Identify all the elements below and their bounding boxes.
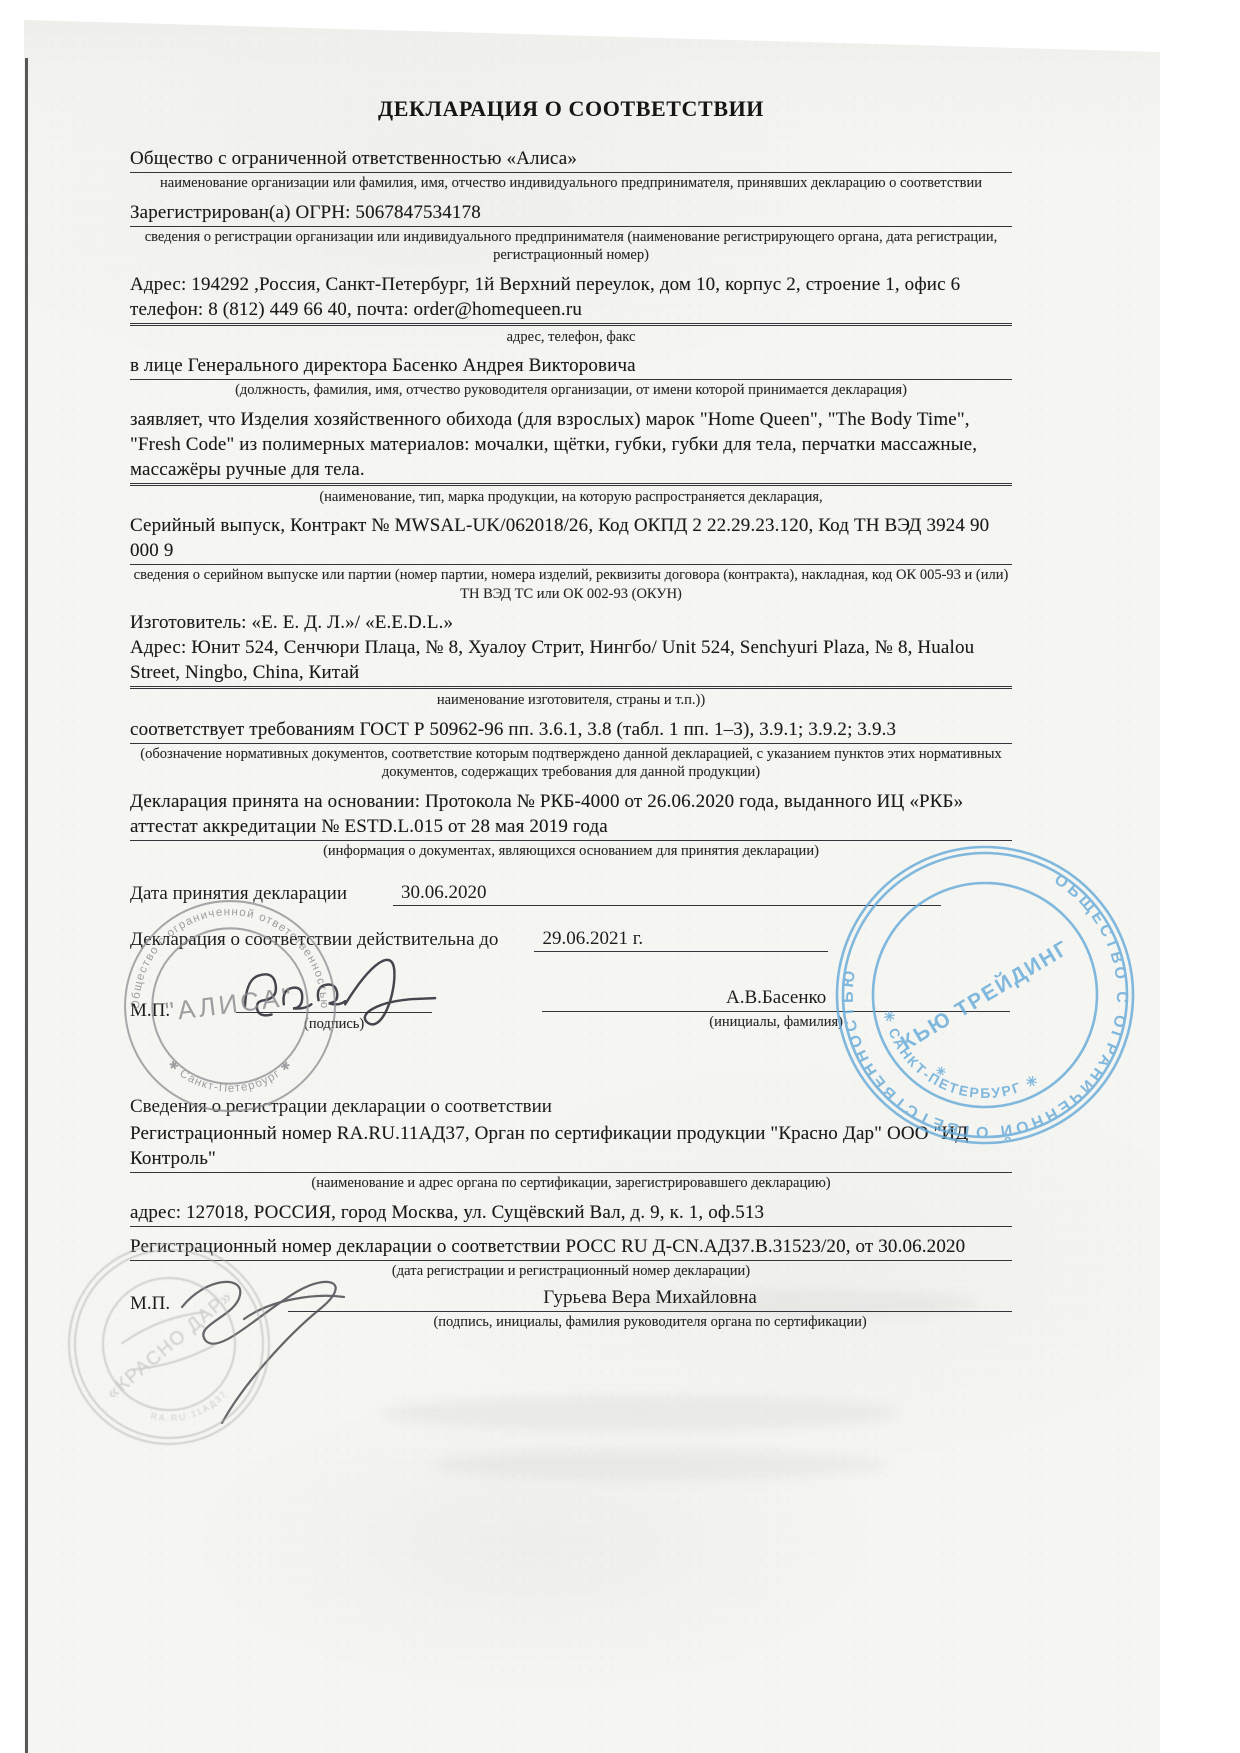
contacts-phone-line: телефон: 8 (812) 449 66 40, почта: order… xyxy=(130,297,1012,324)
compliance-value: соответствует требованиям ГОСТ Р 50962-9… xyxy=(130,717,1012,744)
certifier-name-caption: (подпись, инициалы, фамилия руководителя… xyxy=(288,1313,1012,1332)
scan-noise xyxy=(380,1395,900,1431)
scanned-declaration-page: ДЕКЛАРАЦИЯ О СООТВЕТСТВИИ Общество с огр… xyxy=(0,0,1240,1753)
products-value: заявляет, что Изделия хозяйственного оби… xyxy=(130,407,1012,484)
certifier-name: Гурьева Вера Михайловна xyxy=(288,1287,1012,1312)
svg-text:✱ Санкт-Петербург ✱: ✱ Санкт-Петербург ✱ xyxy=(165,1058,294,1095)
field-representative: в лице Генерального директора Басенко Ан… xyxy=(130,353,1012,400)
declarant-signature-row: М.П. (подпись) А.В.Басенко (инициалы, фа… xyxy=(130,986,1012,1060)
field-cert-org-address: адрес: 127018, РОССИЯ, город Москва, ул.… xyxy=(130,1200,1012,1227)
alisa-stamp-ring-bottom-text: ✱ Санкт-Петербург ✱ xyxy=(165,1058,294,1095)
manufacturer-caption: наименование изготовителя, страны и т.п.… xyxy=(130,688,1012,710)
document-body: ДЕКЛАРАЦИЯ О СООТВЕТСТВИИ Общество с огр… xyxy=(130,96,1012,1357)
scan-noise xyxy=(430,1450,890,1480)
compliance-caption: (обозначение нормативных документов, соо… xyxy=(130,745,1012,782)
declarant-name: А.В.Басенко xyxy=(542,987,1010,1012)
declarant-name-caption: (инициалы, фамилия) xyxy=(542,1013,1010,1032)
field-reg-decl-number: Регистрационный номер декларации о соотв… xyxy=(130,1234,1012,1281)
reg-number-value: Регистрационный номер RA.RU.11АД37, Орга… xyxy=(130,1121,1012,1173)
products-caption: (наименование, тип, марка продукции, на … xyxy=(130,485,1012,507)
validity-date-row: Декларация о соответствии действительна … xyxy=(130,926,1012,952)
registration-info-header: Сведения о регистрации декларации о соот… xyxy=(130,1094,1012,1119)
cert-org-address-value: адрес: 127018, РОССИЯ, город Москва, ул.… xyxy=(130,1200,1012,1227)
serial-caption: сведения о серийном выпуске или партии (… xyxy=(130,566,1012,603)
manufacturer-address: Адрес: Юнит 524, Сенчюри Плаца, № 8, Хуа… xyxy=(130,635,1012,687)
mp-label-2: М.П. xyxy=(130,1293,170,1315)
registration-caption: сведения о регистрации организации или и… xyxy=(130,228,1012,265)
field-manufacturer: Изготовитель: «Е. Е. Д. Л.»/ «E.E.D.L.» … xyxy=(130,610,1012,710)
declarant-value: Общество с ограниченной ответственностью… xyxy=(130,146,1012,173)
declarant-name-block: А.В.Басенко (инициалы, фамилия) xyxy=(542,987,1010,1032)
contacts-caption: адрес, телефон, факс xyxy=(130,325,1012,347)
basis-caption: (информация о документах, являющихся осн… xyxy=(130,842,1012,861)
alisa-stamp-ring-top-text: Общество с ограниченной ответственностью xyxy=(129,905,331,1009)
field-declarant: Общество с ограниченной ответственностью… xyxy=(130,146,1012,193)
adoption-date-row: Дата принятия декларации 30.06.2020 xyxy=(130,880,1012,906)
field-serial: Серийный выпуск, Контракт № MWSAL-UK/062… xyxy=(130,513,1012,603)
field-reg-number: Регистрационный номер RA.RU.11АД37, Орга… xyxy=(130,1121,1012,1193)
validity-date-value: 29.06.2021 г. xyxy=(534,926,828,952)
contacts-address-line: Адрес: 194292 ,Россия, Санкт-Петербург, … xyxy=(130,272,1012,297)
reg-number-caption: (наименование и адрес органа по сертифик… xyxy=(130,1174,1012,1193)
certifier-signature-row: М.П. Гурьева Вера Михайловна (подпись, и… xyxy=(130,1287,1012,1357)
serial-value: Серийный выпуск, Контракт № MWSAL-UK/062… xyxy=(130,513,1012,565)
field-registration: Зарегистрирован(а) ОГРН: 5067847534178 с… xyxy=(130,200,1012,265)
basis-value: Декларация принята на основании: Протоко… xyxy=(130,789,1012,841)
adoption-date-value: 30.06.2020 xyxy=(393,880,941,906)
registration-value: Зарегистрирован(а) ОГРН: 5067847534178 xyxy=(130,200,1012,227)
declarant-signature-line: (подпись) xyxy=(236,1012,432,1034)
reg-decl-number-caption: (дата регистрации и регистрационный номе… xyxy=(130,1262,1012,1281)
field-compliance: соответствует требованиям ГОСТ Р 50962-9… xyxy=(130,717,1012,782)
adoption-date-label: Дата принятия декларации xyxy=(130,881,347,906)
reg-decl-number-value: Регистрационный номер декларации о соотв… xyxy=(130,1234,1012,1261)
svg-text:Общество с ограниченной ответс: Общество с ограниченной ответственностью xyxy=(129,905,331,1009)
document-title: ДЕКЛАРАЦИЯ О СООТВЕТСТВИИ xyxy=(130,96,1012,122)
declarant-caption: наименование организации или фамилия, им… xyxy=(130,174,1012,193)
signature-caption: (подпись) xyxy=(236,1015,432,1034)
representative-caption: (должность, фамилия, имя, отчество руков… xyxy=(130,381,1012,400)
certifier-name-block: Гурьева Вера Михайловна (подпись, инициа… xyxy=(288,1287,1012,1332)
mp-label: М.П. xyxy=(130,1000,170,1022)
validity-date-label: Декларация о соответствии действительна … xyxy=(130,927,498,952)
field-contacts: Адрес: 194292 ,Россия, Санкт-Петербург, … xyxy=(130,272,1012,347)
representative-value: в лице Генерального директора Басенко Ан… xyxy=(130,353,1012,380)
scan-edge-line xyxy=(25,58,28,1753)
field-basis: Декларация принята на основании: Протоко… xyxy=(130,789,1012,861)
manufacturer-name: Изготовитель: «Е. Е. Д. Л.»/ «E.E.D.L.» xyxy=(130,610,1012,635)
field-products: заявляет, что Изделия хозяйственного оби… xyxy=(130,407,1012,507)
